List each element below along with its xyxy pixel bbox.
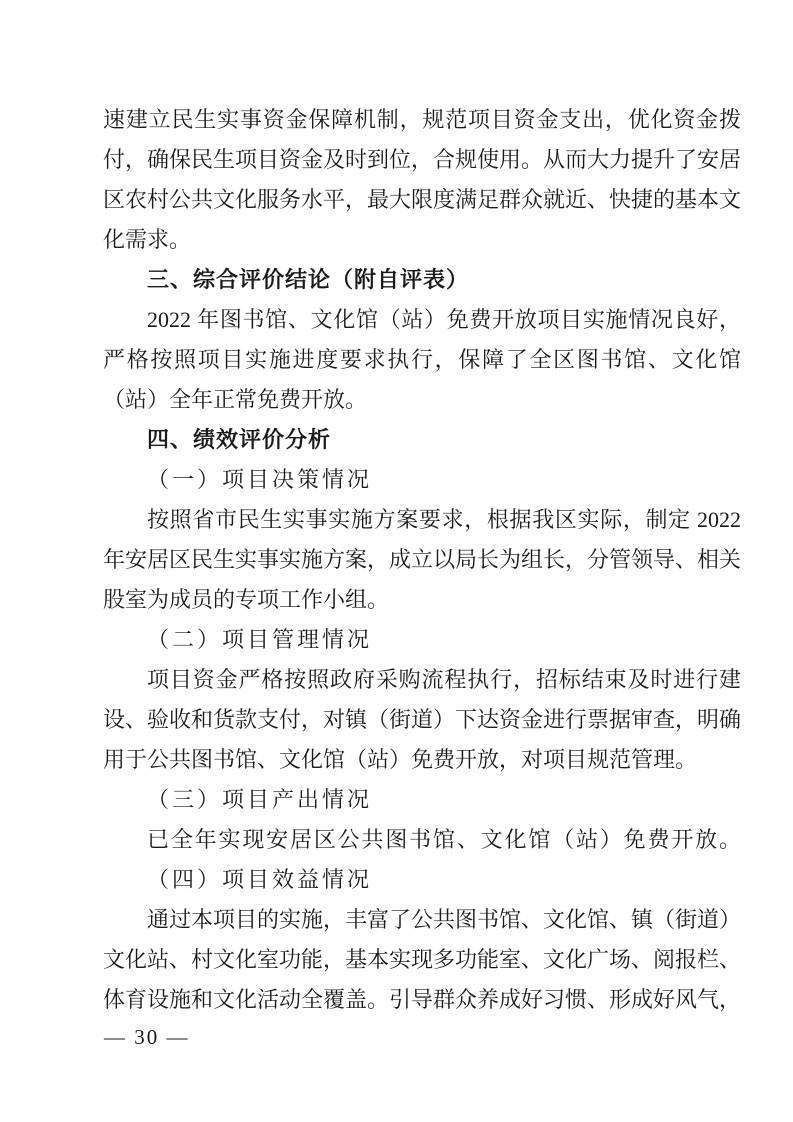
document-page: 速建立民生实事资金保障机制，规范项目资金支出，优化资金拨付，确保民生项目资金及时…: [0, 0, 793, 1122]
section-heading: 三、综合评价结论（附自评表）: [103, 260, 741, 300]
subsection-heading: （四）项目效益情况: [103, 860, 741, 900]
paragraph: 项目资金严格按照政府采购流程执行，招标结束及时进行建设、验收和货款支付，对镇（街…: [103, 660, 741, 780]
paragraph: 通过本项目的实施，丰富了公共图书馆、文化馆、镇（街道）文化站、村文化室功能，基本…: [103, 900, 741, 1020]
paragraph: 2022 年图书馆、文化馆（站）免费开放项目实施情况良好，严格按照项目实施进度要…: [103, 300, 741, 420]
section-heading: 四、绩效评价分析: [103, 420, 741, 460]
document-body: 速建立民生实事资金保障机制，规范项目资金支出，优化资金拨付，确保民生项目资金及时…: [103, 100, 741, 1020]
paragraph: 速建立民生实事资金保障机制，规范项目资金支出，优化资金拨付，确保民生项目资金及时…: [103, 100, 741, 260]
paragraph: 已全年实现安居区公共图书馆、文化馆（站）免费开放。: [103, 820, 741, 860]
subsection-heading: （一）项目决策情况: [103, 460, 741, 500]
subsection-heading: （三）项目产出情况: [103, 780, 741, 820]
paragraph: 按照省市民生实事实施方案要求，根据我区实际，制定 2022 年安居区民生实事实施…: [103, 500, 741, 620]
page-number: — 30 —: [104, 1024, 190, 1050]
subsection-heading: （二）项目管理情况: [103, 620, 741, 660]
